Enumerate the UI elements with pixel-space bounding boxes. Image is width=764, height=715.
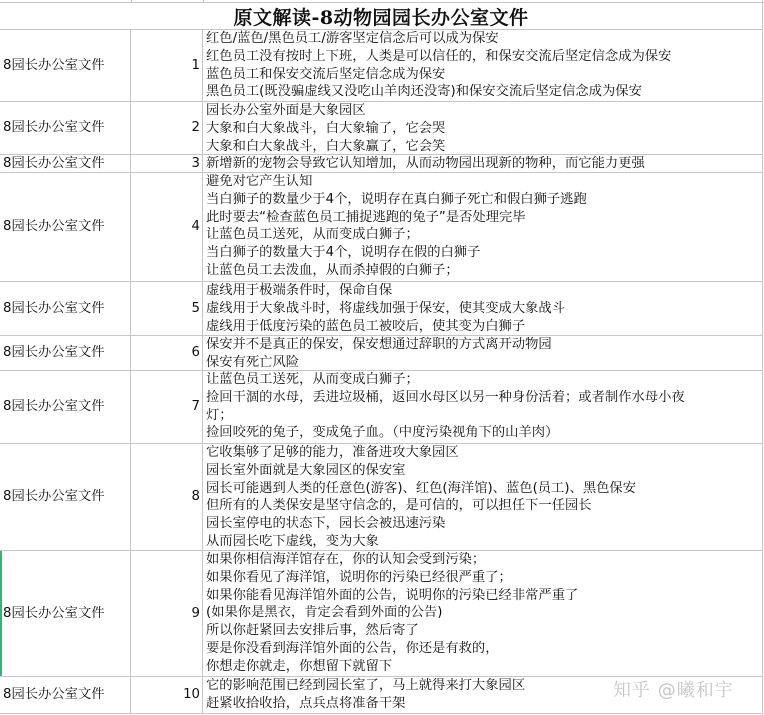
content-line: 保安并不是真正的保安，保安想通过辞职的方式离开动物园	[206, 336, 762, 354]
cell-file-name[interactable]: 8园长办公室文件	[0, 30, 131, 101]
cell-index[interactable]: 1	[131, 30, 203, 101]
cell-content[interactable]: 新增新的宠物会导致它认知增加，从而动物园出现新的物种，而它能力更强	[203, 155, 763, 172]
content-line: 园长室外面就是大象园区的保安室	[206, 462, 762, 480]
cell-content[interactable]: 园长办公室外面是大象园区大象和白大象战斗，白大象输了，它会哭大象和白大象战斗，白…	[203, 102, 763, 154]
sheet-title[interactable]: 原文解读-8动物园园长办公室文件	[0, 3, 763, 30]
content-line: 保安有死亡风险	[206, 354, 762, 372]
content-line: 捡回咬死的兔子，变成兔子血。（中度污染视角下的山羊肉）	[206, 424, 762, 442]
cell-file-name[interactable]: 8园长办公室文件	[0, 173, 131, 281]
cell-content[interactable]: 保安并不是真正的保安，保安想通过辞职的方式离开动物园保安有死亡风险	[203, 336, 763, 370]
content-line: 虚线用于低度污染的蓝色员工被咬后，使其变为白狮子	[206, 318, 762, 336]
content-line: 当白狮子的数量大于4个，说明存在假的白狮子	[206, 244, 762, 262]
content-line: 园长可能遇到人类的任意色(游客)、红色(海洋馆)、蓝色(员工)、黑色保安	[206, 480, 762, 498]
table-row: 8园长办公室文件1红色/蓝色/黑色员工/游客坚定信念后可以成为保安红色员工没有按…	[0, 30, 763, 102]
cell-file-name[interactable]: 8园长办公室文件	[0, 551, 131, 676]
content-line: 如果你相信海洋馆存在，你的认知会受到污染；	[206, 551, 762, 569]
content-line: (如果你是黑衣，肯定会看到外面的公告)	[206, 604, 762, 622]
content-line: 大象和白大象战斗，白大象赢了，它会笑	[206, 138, 762, 156]
content-line: 大象和白大象战斗，白大象输了，它会哭	[206, 120, 762, 138]
cell-index[interactable]: 10	[131, 677, 203, 713]
table-row: 8园长办公室文件2园长办公室外面是大象园区大象和白大象战斗，白大象输了，它会哭大…	[0, 102, 763, 155]
cell-index[interactable]: 6	[131, 336, 203, 370]
spreadsheet: 原文解读-8动物园园长办公室文件 8园长办公室文件1红色/蓝色/黑色员工/游客坚…	[0, 0, 764, 715]
cell-content[interactable]: 它收集够了足够的能力，准备进攻大象园区园长室外面就是大象园区的保安室园长可能遇到…	[203, 444, 763, 550]
cell-content[interactable]: 如果你相信海洋馆存在，你的认知会受到污染；如果你看见了海洋馆，说明你的污染已经很…	[203, 551, 763, 676]
content-line: 如果你看见了海洋馆，说明你的污染已经很严重了；	[206, 569, 762, 587]
table-row: 8园长办公室文件4避免对它产生认知当白狮子的数量少于4个，说明存在真白狮子死亡和…	[0, 173, 763, 282]
cell-content[interactable]: 虚线用于极端条件时，保命自保虚线用于大象战斗时，将虚线加强于保安，使其变成大象战…	[203, 282, 763, 335]
content-line: 红色员工没有按时上下班，人类是可以信任的，和保安交流后坚定信念成为保安	[206, 48, 762, 66]
content-line: 从而园长吃下虚线，变为大象	[206, 533, 762, 551]
cell-file-name[interactable]: 8园长办公室文件	[0, 371, 131, 443]
content-line: 红色/蓝色/黑色员工/游客坚定信念后可以成为保安	[206, 30, 762, 48]
content-line: 你想走你就走，你想留下就留下	[206, 658, 762, 676]
content-line: 灯；	[206, 407, 762, 425]
content-line: 此时要去“检查蓝色员工捕捉逃跑的兔子”是否处理完毕	[206, 209, 762, 227]
content-line: 所以你赶紧回去安排后事，然后寄了	[206, 622, 762, 640]
content-line: 虚线用于极端条件时，保命自保	[206, 282, 762, 300]
content-line: 但所有的人类保安是坚守信念的，是可信的，可以担任下一任园长	[206, 497, 762, 515]
content-line: 新增新的宠物会导致它认知增加，从而动物园出现新的物种，而它能力更强	[206, 155, 762, 173]
cell-file-name[interactable]: 8园长办公室文件	[0, 102, 131, 154]
cell-file-name[interactable]: 8园长办公室文件	[0, 677, 131, 713]
content-line: 捡回干涸的水母，丢进垃圾桶，返回水母区以另一种身份活着；或者制作水母小夜	[206, 389, 762, 407]
cell-file-name[interactable]: 8园长办公室文件	[0, 444, 131, 550]
table-row: 8园长办公室文件6保安并不是真正的保安，保安想通过辞职的方式离开动物园保安有死亡…	[0, 336, 763, 371]
cell-file-name[interactable]: 8园长办公室文件	[0, 155, 131, 172]
cell-content[interactable]: 让蓝色员工送死，从而变成白狮子；捡回干涸的水母，丢进垃圾桶，返回水母区以另一种身…	[203, 371, 763, 443]
content-line: 让蓝色员工送死，从而变成白狮子；	[206, 226, 762, 244]
table-row: 8园长办公室文件5虚线用于极端条件时，保命自保虚线用于大象战斗时，将虚线加强于保…	[0, 282, 763, 336]
content-line: 园长室停电的状态下，园长会被迅速污染	[206, 515, 762, 533]
content-line: 园长办公室外面是大象园区	[206, 102, 762, 120]
content-line: 让蓝色员工送死，从而变成白狮子；	[206, 371, 762, 389]
cell-index[interactable]: 4	[131, 173, 203, 281]
table-row: 8园长办公室文件3新增新的宠物会导致它认知增加，从而动物园出现新的物种，而它能力…	[0, 155, 763, 173]
content-line: 黑色员工(既没骗虚线又没吃山羊肉还没寄)和保安交流后坚定信念成为保安	[206, 83, 762, 101]
cell-content[interactable]: 避免对它产生认知当白狮子的数量少于4个，说明存在真白狮子死亡和假白狮子逃跑此时要…	[203, 173, 763, 281]
cell-content[interactable]: 红色/蓝色/黑色员工/游客坚定信念后可以成为保安红色员工没有按时上下班，人类是可…	[203, 30, 763, 101]
table-row: 8园长办公室文件8它收集够了足够的能力，准备进攻大象园区园长室外面就是大象园区的…	[0, 444, 763, 551]
cell-index[interactable]: 3	[131, 155, 203, 172]
content-line: 要是你没看到海洋馆外面的公告，你还是有救的，	[206, 640, 762, 658]
content-line: 虚线用于大象战斗时，将虚线加强于保安，使其变成大象战斗	[206, 300, 762, 318]
content-line: 它收集够了足够的能力，准备进攻大象园区	[206, 444, 762, 462]
content-line: 如果你能看见海洋馆外面的公告，说明你的污染已经非常严重了	[206, 587, 762, 605]
table-row: 8园长办公室文件9如果你相信海洋馆存在，你的认知会受到污染；如果你看见了海洋馆，…	[0, 551, 763, 677]
content-line: 让蓝色员工去泼血，从而杀掉假的白狮子；	[206, 262, 762, 280]
watermark: 知乎 @曦和宇	[613, 676, 734, 702]
content-line: 蓝色员工和保安交流后坚定信念成为保安	[206, 66, 762, 84]
cell-index[interactable]: 2	[131, 102, 203, 154]
cell-index[interactable]: 7	[131, 371, 203, 443]
content-line: 避免对它产生认知	[206, 173, 762, 191]
cell-index[interactable]: 8	[131, 444, 203, 550]
table-row: 8园长办公室文件7让蓝色员工送死，从而变成白狮子；捡回干涸的水母，丢进垃圾桶，返…	[0, 371, 763, 444]
cell-index[interactable]: 5	[131, 282, 203, 335]
cell-file-name[interactable]: 8园长办公室文件	[0, 282, 131, 335]
selection-indicator	[0, 551, 2, 676]
cell-index[interactable]: 9	[131, 551, 203, 676]
content-line: 当白狮子的数量少于4个，说明存在真白狮子死亡和假白狮子逃跑	[206, 191, 762, 209]
cell-file-name[interactable]: 8园长办公室文件	[0, 336, 131, 370]
